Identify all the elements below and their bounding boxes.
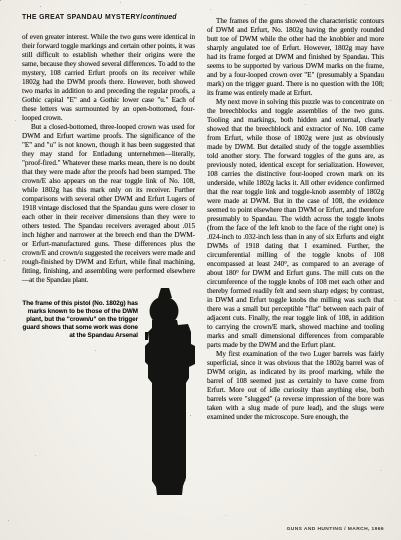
scan-noise — [0, 0, 1, 1]
body-paragraph: of even greater interest. While the two … — [22, 33, 195, 123]
figure: The frame of this pistol (No. 1802g) has… — [22, 288, 195, 495]
magazine-footer: GUNS AND HUNTING / MARCH, 1966 — [287, 527, 384, 532]
body-paragraph: My next move in solving this puzzle was … — [207, 98, 384, 350]
right-column: The frames of the guns showed the charac… — [207, 17, 384, 422]
article-title: THE GREAT SPANDAU MYSTERY/ — [22, 14, 143, 21]
figure-caption: The frame of this pistol (No. 1802g) has… — [22, 288, 145, 340]
article-header: THE GREAT SPANDAU MYSTERY/continued — [22, 14, 177, 21]
body-paragraph: But a closed-bottomed, three-looped crow… — [22, 123, 195, 285]
body-paragraph: My first examination of the two Luger ba… — [207, 350, 384, 422]
body-paragraph: The frames of the guns showed the charac… — [207, 17, 384, 98]
left-column: of even greater interest. While the two … — [22, 33, 195, 495]
pistol-muzzle-silhouette-image — [145, 288, 195, 495]
magazine-page: THE GREAT SPANDAU MYSTERY/continued of e… — [0, 0, 401, 540]
continued-label: continued — [143, 14, 177, 21]
